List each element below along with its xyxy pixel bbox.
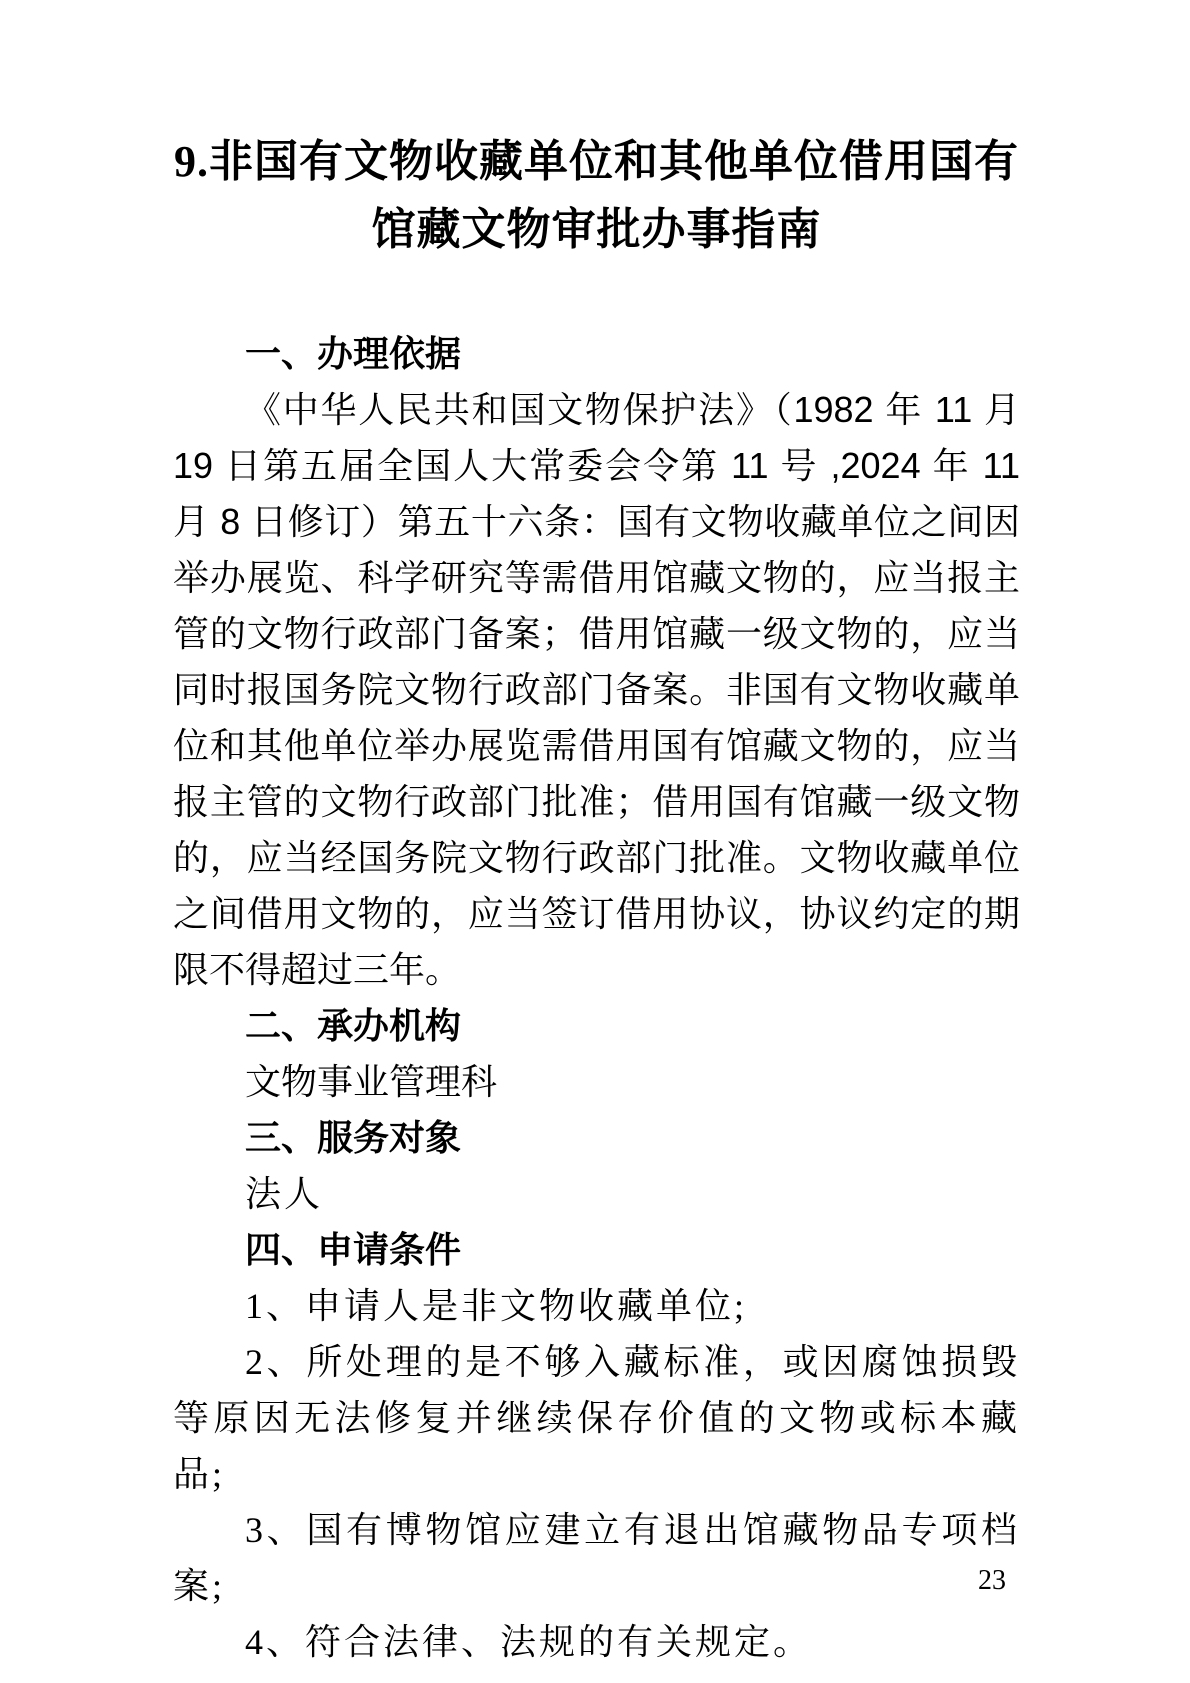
- document-title-line1: 9.非国有文物收藏单位和其他单位借用国有: [173, 128, 1020, 196]
- page-number: 23: [978, 1564, 1006, 1598]
- section-heading-agency: 二、承办机构: [173, 998, 1020, 1054]
- section-service-target-paragraph: 法人: [173, 1166, 1020, 1222]
- condition-item-2: 2、所处理的是不够入藏标准，或因腐蚀损毁等原因无法修复并继续保存价值的文物或标本…: [173, 1334, 1020, 1502]
- section-basis-paragraph: 《中华人民共和国文物保护法》（1982 年 11 月 19 日第五届全国人大常委…: [173, 382, 1020, 998]
- condition-item-4: 4、符合法律、法规的有关规定。: [173, 1614, 1020, 1670]
- section-heading-basis: 一、办理依据: [173, 326, 1020, 382]
- document-page: 9.非国有文物收藏单位和其他单位借用国有 馆藏文物审批办事指南 一、办理依据 《…: [0, 0, 1190, 1683]
- section-heading-application-conditions: 四、申请条件: [173, 1222, 1020, 1278]
- document-content: 9.非国有文物收藏单位和其他单位借用国有 馆藏文物审批办事指南 一、办理依据 《…: [173, 128, 1020, 1670]
- document-title-line2: 馆藏文物审批办事指南: [173, 196, 1020, 264]
- section-agency-paragraph: 文物事业管理科: [173, 1054, 1020, 1110]
- condition-item-3: 3、国有博物馆应建立有退出馆藏物品专项档案;: [173, 1502, 1020, 1614]
- section-heading-service-target: 三、服务对象: [173, 1110, 1020, 1166]
- condition-item-1: 1、申请人是非文物收藏单位;: [173, 1278, 1020, 1334]
- document-title: 9.非国有文物收藏单位和其他单位借用国有 馆藏文物审批办事指南: [173, 128, 1020, 264]
